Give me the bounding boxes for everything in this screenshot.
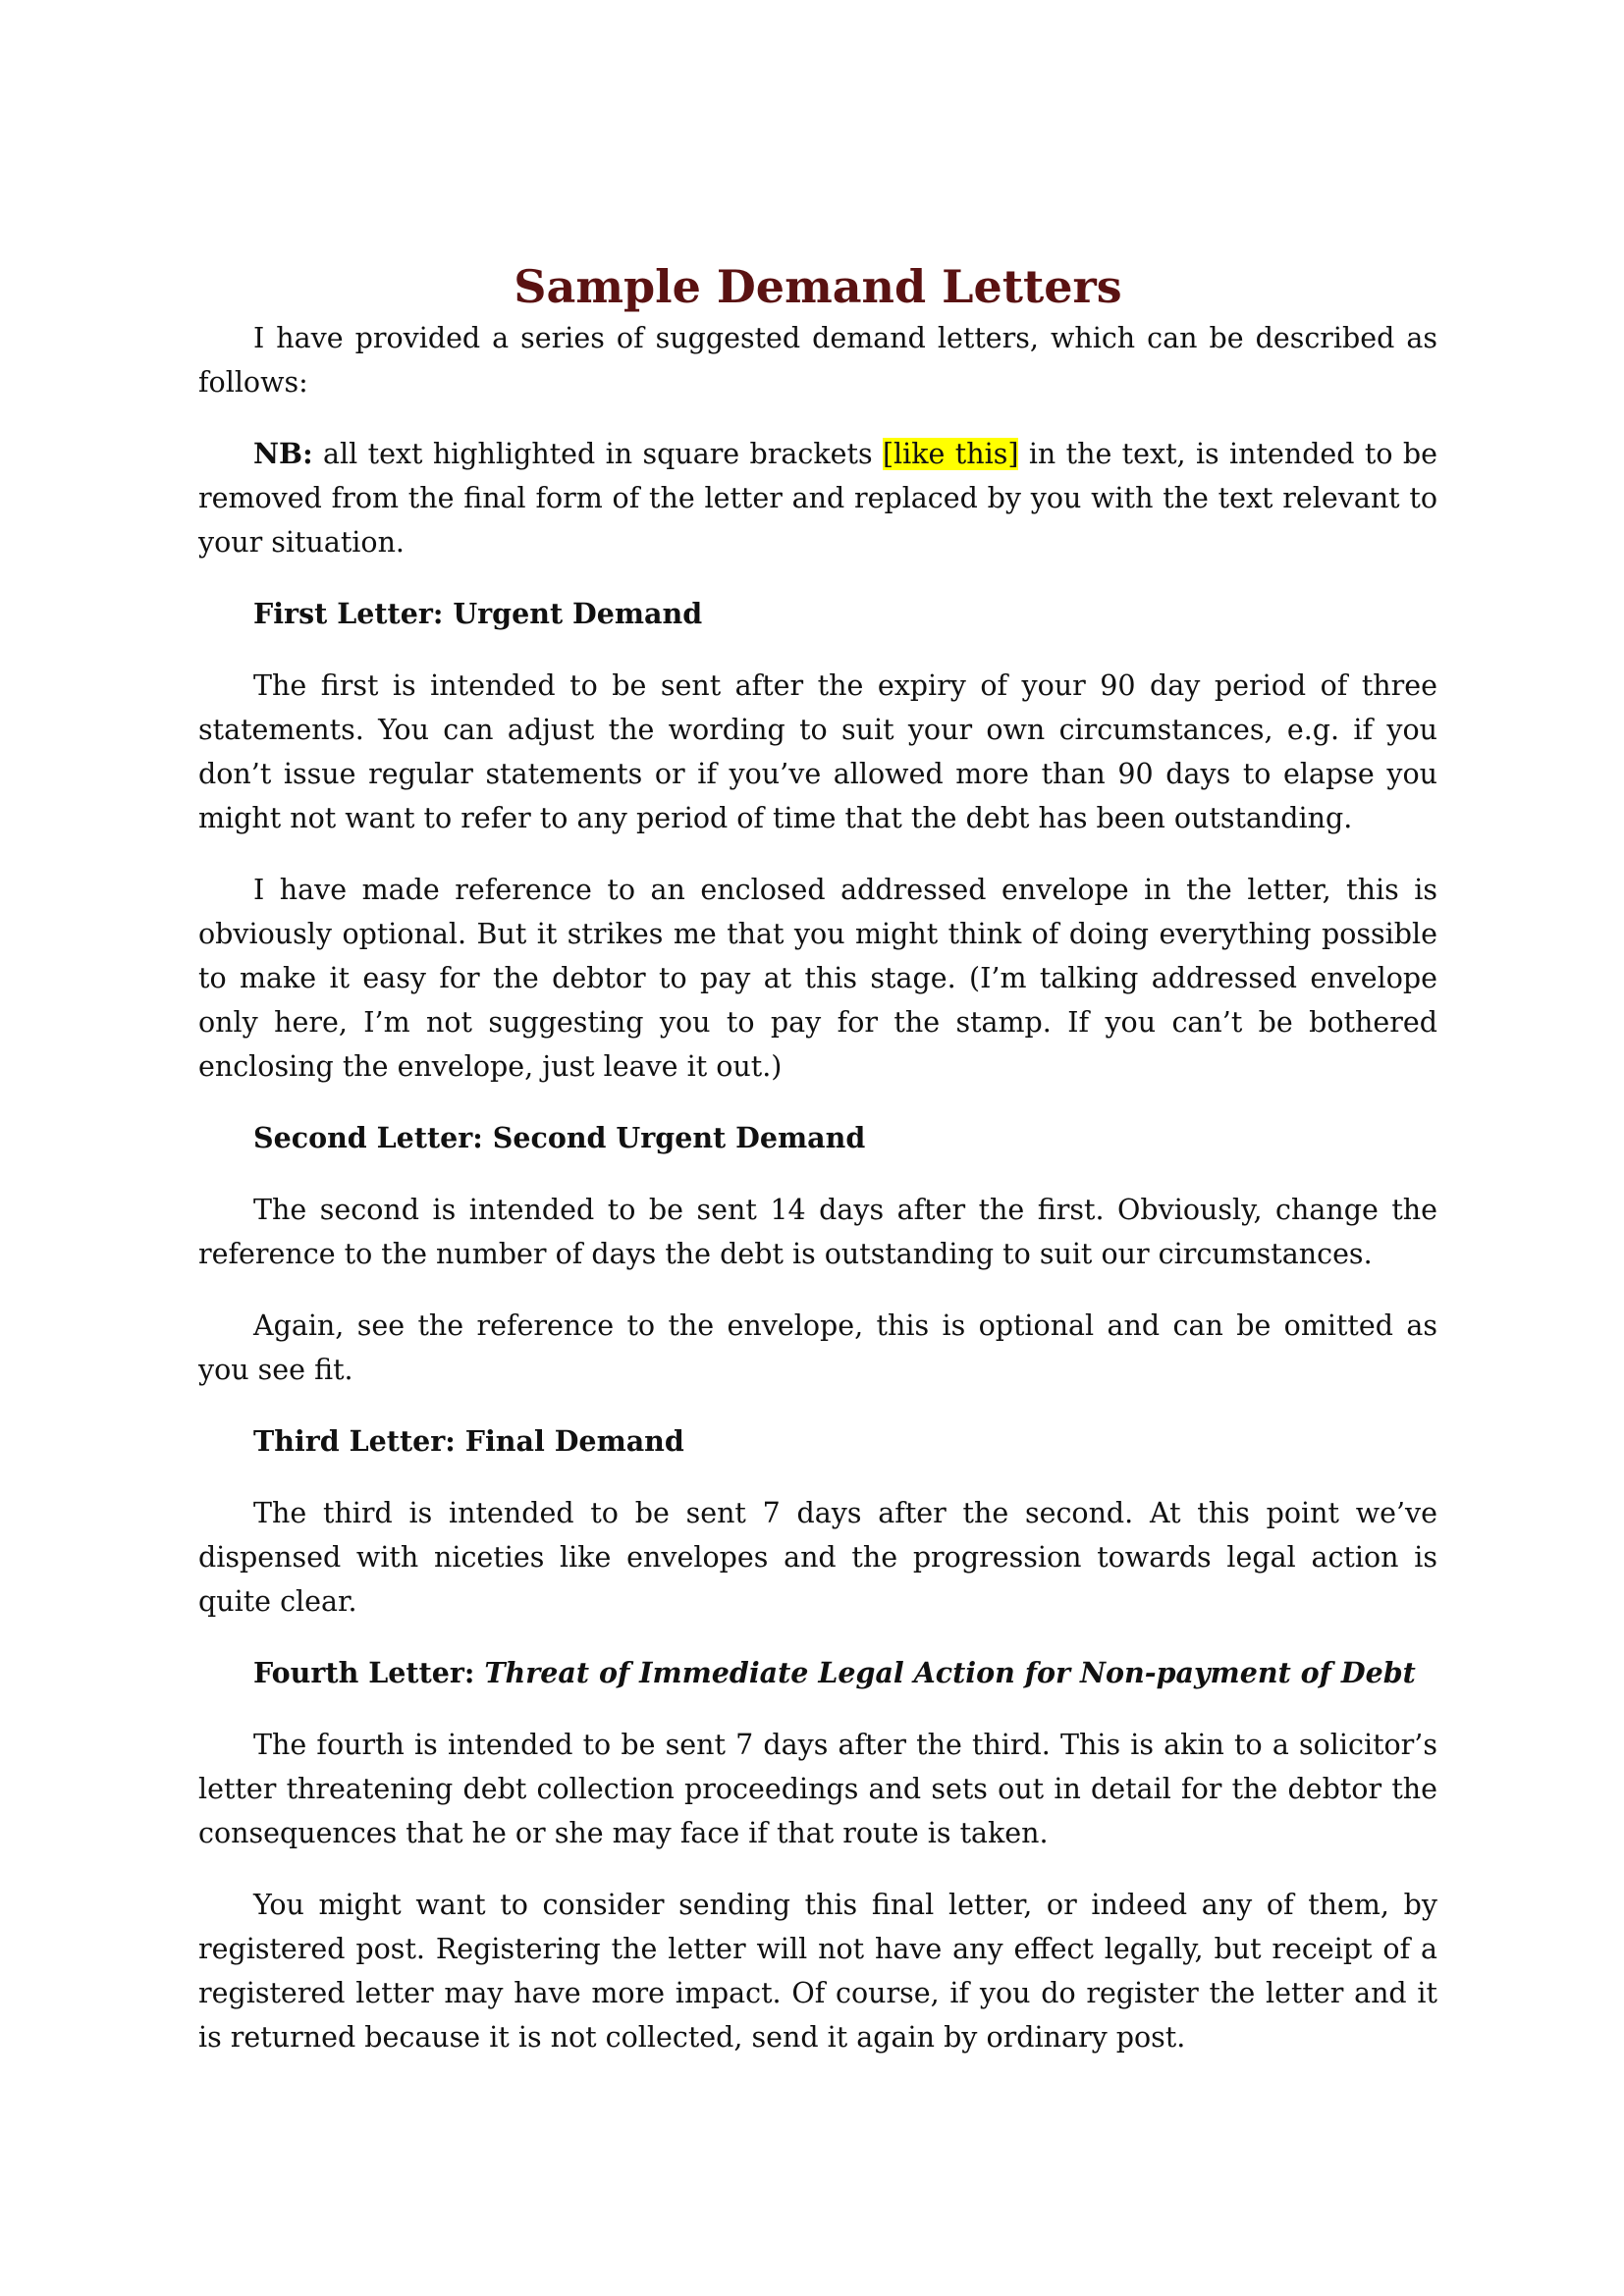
section-heading-title: Second Urgent Demand <box>493 1121 866 1154</box>
note-paragraph: NB: all text highlighted in square brack… <box>198 432 1437 564</box>
section-heading-fourth-letter: Fourth Letter: Threat of Immediate Legal… <box>198 1651 1437 1695</box>
note-text-before: all text highlighted in square brackets <box>313 438 883 470</box>
section-heading-title: Urgent Demand <box>453 597 702 630</box>
body-paragraph: The second is intended to be sent 14 day… <box>198 1188 1437 1276</box>
note-label: NB: <box>253 437 313 470</box>
page-title: Sample Demand Letters <box>198 257 1437 316</box>
body-paragraph: The fourth is intended to be sent 7 days… <box>198 1723 1437 1855</box>
body-paragraph: I have made reference to an enclosed add… <box>198 868 1437 1089</box>
section-heading-label: Second Letter: <box>253 1121 493 1154</box>
document-page: Sample Demand Letters I have provided a … <box>198 257 1437 2087</box>
section-heading-label: First Letter: <box>253 597 453 630</box>
body-paragraph: Again, see the reference to the envelope… <box>198 1304 1437 1392</box>
section-heading-first-letter: First Letter: Urgent Demand <box>198 592 1437 636</box>
body-paragraph: You might want to consider sending this … <box>198 1883 1437 2059</box>
body-paragraph: The first is intended to be sent after t… <box>198 664 1437 840</box>
section-heading-second-letter: Second Letter: Second Urgent Demand <box>198 1116 1437 1160</box>
body-paragraph: The third is intended to be sent 7 days … <box>198 1491 1437 1624</box>
section-heading-third-letter: Third Letter: Final Demand <box>198 1419 1437 1464</box>
highlighted-placeholder: [like this] <box>883 438 1019 470</box>
section-heading-title: Final Demand <box>465 1424 684 1458</box>
intro-paragraph: I have provided a series of suggested de… <box>198 316 1437 404</box>
section-heading-label: Fourth Letter: <box>253 1656 484 1689</box>
section-heading-label: Third Letter: <box>253 1424 465 1458</box>
section-heading-title: Threat of Immediate Legal Action for Non… <box>484 1656 1415 1689</box>
